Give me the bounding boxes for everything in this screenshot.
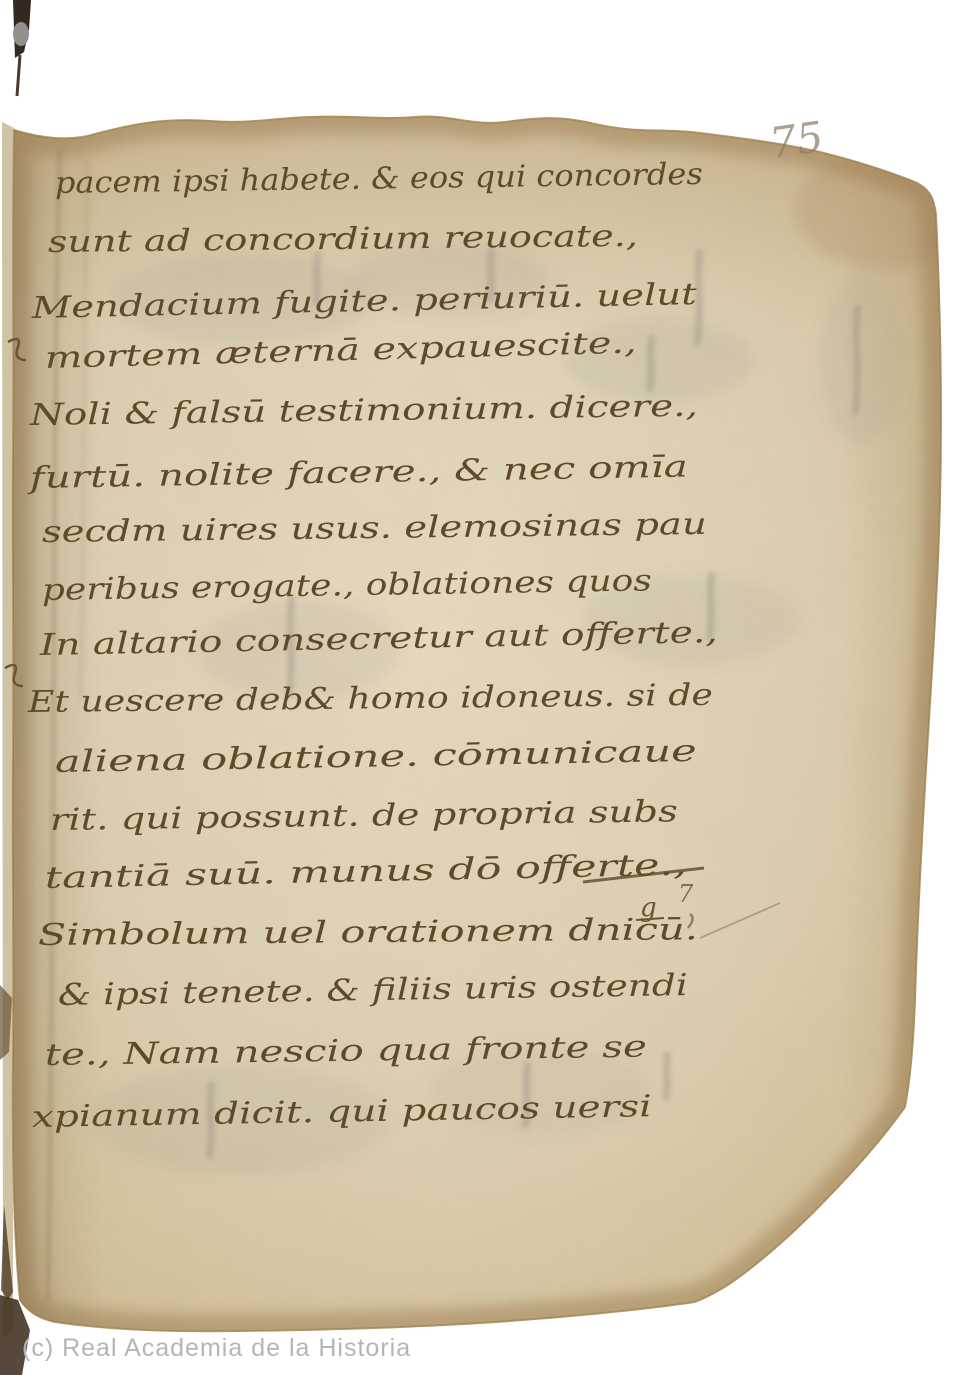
copyright-watermark: (c) Real Academia de la Historia <box>22 1334 411 1362</box>
parchment-page: 75 pacem ipsi habete. & eos qui concorde… <box>0 0 967 1375</box>
manuscript-line: sunt ad concordium reuocate., <box>48 219 638 260</box>
manuscript-text-block: pacem ipsi habete. & eos qui concordes s… <box>27 157 719 1135</box>
binding-thread-knot <box>13 22 29 46</box>
manuscript-line: Et uescere deb& homo idoneus. si de <box>27 678 714 720</box>
positura-glyph: 7 <box>678 880 694 908</box>
folio-number: 75 <box>767 112 827 168</box>
manuscript-line: Simbolum uel orationem dnicū. <box>38 912 698 953</box>
manuscript-scan-canvas: 75 pacem ipsi habete. & eos qui concorde… <box>0 0 967 1375</box>
manuscript-photo: 75 pacem ipsi habete. & eos qui concorde… <box>0 0 967 1375</box>
